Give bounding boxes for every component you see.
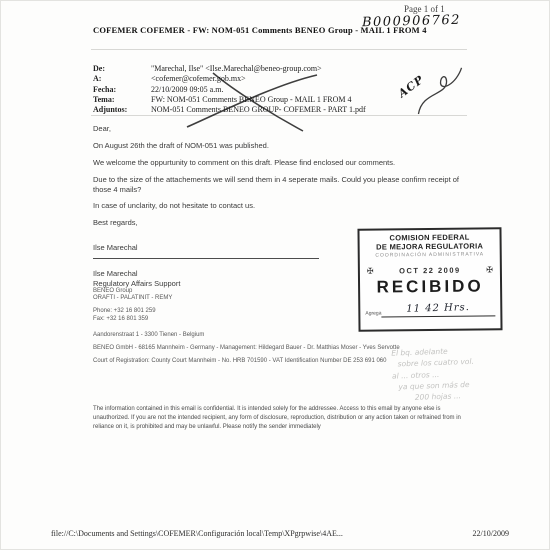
header-field-date: Fecha: 22/10/2009 09:05 a.m. — [93, 85, 366, 95]
field-label: A: — [93, 74, 151, 84]
field-value: "Marechal, Ilse" <Ilse.Marechal@beneo-gr… — [151, 64, 322, 74]
field-label: Adjuntos: — [93, 105, 151, 115]
received-stamp: COMISION FEDERAL DE MEJORA REGULATORIA C… — [357, 227, 502, 332]
field-label: Fecha: — [93, 85, 151, 95]
stamp-agency-line2: DE MEJORA REGULATORIA — [363, 242, 497, 252]
header-field-from: De: "Marechal, Ilse" <Ilse.Marechal@bene… — [93, 64, 366, 74]
body-paragraph: Dear, — [93, 124, 465, 134]
field-value: NOM-051 Comments BENEO GROUP- COFEMER - … — [151, 105, 366, 115]
field-label: De: — [93, 64, 151, 74]
body-paragraph: We welcome the oppurtunity to comment on… — [93, 158, 465, 168]
stamp-bottom-label: Agrega — [365, 311, 381, 318]
scanned-email-page: Page 1 of 1 B000906762 COFEMER COFEMER -… — [0, 0, 550, 550]
stamp-cross-icon: ✠ — [486, 265, 493, 274]
header-divider — [91, 115, 467, 116]
field-value: 22/10/2009 09:05 a.m. — [151, 85, 223, 95]
field-value: <cofemer@cofemer.gob.mx> — [151, 74, 246, 84]
footer-date: 22/10/2009 — [473, 529, 509, 538]
header-field-attachments: Adjuntos: NOM-051 Comments BENEO GROUP- … — [93, 105, 366, 115]
stamp-bottom-row: Agrega 11 42 Hrs. — [365, 297, 495, 317]
stamp-cross-icon: ✠ — [367, 267, 374, 276]
document-title: COFEMER COFEMER - FW: NOM-051 Comments B… — [93, 25, 473, 35]
body-paragraph: Due to the size of the attachements we w… — [93, 175, 465, 195]
confidentiality-disclaimer: The information contained in this email … — [93, 405, 469, 432]
stamp-date-row: ✠ OCT 22 2009 ✠ — [367, 265, 493, 275]
stamp-received-text: RECIBIDO — [363, 276, 497, 297]
footer-file-path: file://C:\Documents and Settings\COFEMER… — [51, 529, 343, 538]
pencil-handwritten-note: El bq. adelante sobre los cuatro vol. al… — [391, 342, 543, 403]
stamp-date: OCT 22 2009 — [399, 266, 461, 276]
signature-address: Aandorenstraat 1 - 3300 Tienen - Belgium — [93, 332, 423, 339]
signature-company-info: BENEO GmbH - 68165 Mannheim - Germany - … — [93, 345, 423, 352]
header-field-subject: Tema: FW: NOM-051 Comments BENEO Group -… — [93, 95, 366, 105]
body-paragraph: On August 26th the draft of NOM-051 was … — [93, 141, 465, 151]
stamp-agency-line3: COORDINACIÓN ADMINISTRATIVA — [363, 251, 497, 258]
title-divider — [91, 49, 467, 50]
field-label: Tema: — [93, 95, 151, 105]
handwritten-time: 11 42 Hrs. — [406, 302, 470, 315]
header-field-to: A: <cofemer@cofemer.gob.mx> — [93, 74, 366, 84]
field-value: FW: NOM-051 Comments BENEO Group - MAIL … — [151, 95, 352, 105]
body-paragraph: In case of unclarity, do not hesitate to… — [93, 201, 465, 211]
signature-registration: Court of Registration: County Court Mann… — [93, 358, 423, 365]
signature-divider — [93, 258, 319, 259]
email-header-block: De: "Marechal, Ilse" <Ilse.Marechal@bene… — [93, 64, 366, 115]
print-footer: file://C:\Documents and Settings\COFEMER… — [51, 529, 509, 538]
stamp-time-line: 11 42 Hrs. — [381, 297, 495, 317]
body-paragraph: Best regards, — [93, 218, 465, 228]
